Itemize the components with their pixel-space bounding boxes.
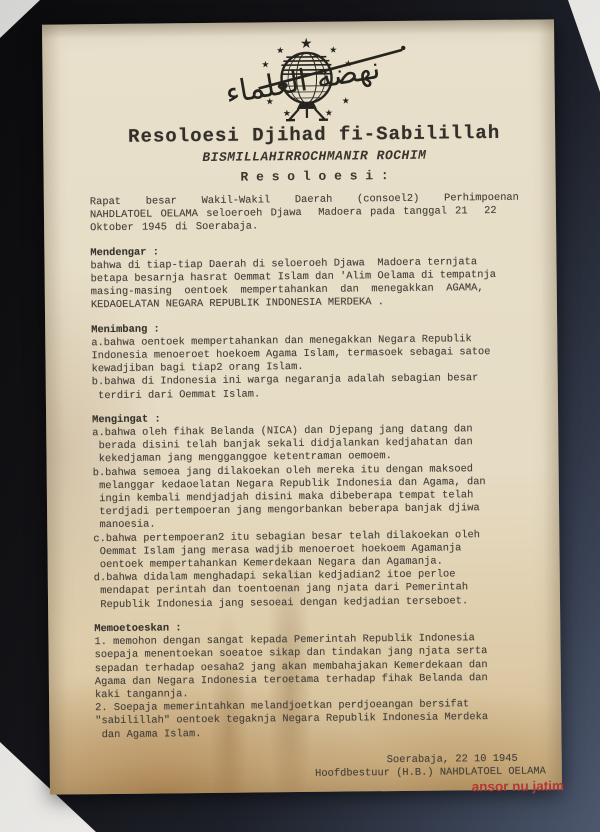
star-icon: ★ xyxy=(329,46,337,56)
resolution-heading: R e s o l o e s i : xyxy=(90,166,540,186)
paragraph: b.bahwa di Indonesia ini warga negaranja… xyxy=(92,372,542,403)
paragraph: d.bahwa didalam menghadapi sekalian kedj… xyxy=(94,568,544,612)
watermark-label: ansor nu jatim xyxy=(472,778,564,794)
document-title: Resoloesi Djihad fi-Sabilillah xyxy=(89,122,539,149)
paragraph: c.bahwa pertempoeran2 itu sebagian besar… xyxy=(93,528,543,572)
document-body: Rapat besar Wakil-Wakil Daerah (consoel2… xyxy=(90,191,546,783)
section-menimbang: Menimbang : a.bahwa oentoek mempertahank… xyxy=(91,319,542,403)
nu-emblem-icon: ★ ★ ★ ★ ★ ★ ★ ★ ★ xyxy=(206,33,421,123)
paragraph: bahwa di tiap-tiap Daerah di seloeroeh D… xyxy=(90,255,541,313)
document-paper: ★ ★ ★ ★ ★ ★ ★ ★ ★ xyxy=(42,19,562,794)
paragraph: a.bahwa oleh fihak Belanda (NICA) dan Dj… xyxy=(92,423,542,467)
section-mengingat: Mengingat : a.bahwa oleh fihak Belanda (… xyxy=(92,409,544,612)
star-icon: ★ xyxy=(325,109,333,119)
paragraph: 1. memohon dengan sangat kepada Pemerint… xyxy=(94,632,545,703)
star-icon: ★ xyxy=(300,36,313,52)
intro-paragraph: Rapat besar Wakil-Wakil Daerah (consoel2… xyxy=(90,191,540,235)
section-mendengar: Mendengar : bahwa di tiap-tiap Daerah di… xyxy=(90,242,541,313)
star-icon: ★ xyxy=(342,96,350,106)
basmala-line: BISMILLAHIRROCHMANIR ROCHIM xyxy=(89,147,539,167)
section-memoetoeskan: Memoetoeskan : 1. memohon dengan sangat … xyxy=(94,618,545,742)
paragraph: b.bahwa semoea jang dilakoekan oleh mere… xyxy=(93,462,544,533)
star-icon: ★ xyxy=(276,46,284,56)
framed-document-photo: ★ ★ ★ ★ ★ ★ ★ ★ ★ xyxy=(0,0,600,832)
paragraph: a.bahwa oentoek mempertahankan dan meneg… xyxy=(91,332,541,376)
paragraph: 2. Soepaja memerintahkan melandjoetkan p… xyxy=(95,698,545,742)
